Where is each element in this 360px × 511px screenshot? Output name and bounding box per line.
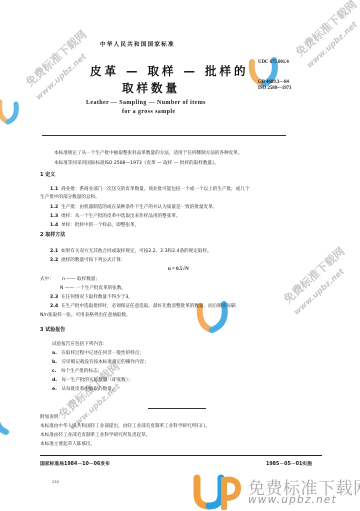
method-2-3-text: 在任何情况下取样数量不得少于3。 — [61, 295, 133, 300]
def-1-4-num: 1.4 — [50, 223, 58, 228]
notes-line1: 本标准由中华人民共和国轻工业部提出，由轻工业部毛皮制革工业科学研究所归口。 — [40, 423, 210, 430]
report-item-c-letter: c. — [52, 369, 56, 374]
method-2-1-num: 2.1 — [50, 249, 58, 254]
iso-code: ISO 2588—1973 — [258, 86, 291, 91]
report-item-d: d. 每一生产批的实际数量（即张数）； — [52, 377, 133, 384]
brand-url: www.upbz.net — [248, 494, 337, 506]
issue-date: 国家标准局1984－10－06发布 — [40, 460, 110, 467]
section2-heading: 2 取样方法 — [40, 232, 65, 239]
report-item-e: e. 从每批皮革中抽取的数量。 — [52, 386, 116, 393]
report-item-a: a. 在取样过程中记述任何非一般性的特点； — [52, 350, 144, 357]
method-2-3-num: 2.3 — [50, 295, 58, 300]
intro-line2: 本标准等同采用国际标准ISO 2588—1973《皮革 — 取样 — 批样的取样… — [54, 160, 219, 167]
title-en-line2: for a gross sample — [122, 109, 175, 115]
header-divider — [42, 135, 286, 136]
report-item-b: b. 应详细记载没有按本标准规定的操作内容； — [52, 359, 149, 366]
method-2-2-text: 批样的数量可按下列公式计算： — [61, 258, 125, 263]
def-1-1-text: 商业批：系商业部门一次送交的皮革数量。商业批可能包括一个或一个以上的生产批，或几… — [61, 187, 249, 192]
def-1-3-num: 1.3 — [50, 214, 58, 219]
notes-line3: 本标准主要起草人陈慕臣。 — [40, 441, 95, 448]
title-en-line1: Leather — Sampling — Number of items — [86, 100, 206, 106]
report-item-c-text: 每个生产批的标志； — [61, 369, 102, 374]
method-2-4: 2.4 在生产批中选取批样时，必须保证任意选取。最好先数清整批革的数量，而后顺次… — [50, 303, 236, 310]
footer-divider — [40, 455, 322, 456]
method-2-4-cont: N/n张取样一张。可用表格列出任意抽取数。 — [40, 312, 131, 319]
report-item-e-letter: e. — [52, 387, 57, 392]
sample-formula: n = 0.5√N — [168, 267, 189, 272]
effective-date: 1985－05－01实施 — [266, 460, 312, 467]
def-1-3-text: 批样：从一个生产批的皮革中选取出来作样品用的整张革。 — [61, 214, 180, 219]
watermark-logo-top-left — [0, 98, 22, 126]
gb-code: GB 4689.3—84 — [258, 80, 289, 85]
report-item-d-letter: d. — [52, 378, 57, 383]
method-2-1: 2.1 如果有关双方无其他合同或取样规定，可按2.2、2.3和2.4条的规定取样… — [50, 248, 212, 255]
brand-logo — [192, 474, 242, 510]
report-intro: 试验报告应包括下列内容： — [52, 341, 107, 348]
page-number: 230 — [52, 480, 59, 484]
national-standard-label: 中华人民共和国国家标准 — [100, 42, 175, 49]
method-2-3: 2.3 在任何情况下取样数量不得少于3。 — [50, 294, 133, 301]
def-1-3: 1.3 批样：从一个生产批的皮革中选取出来作样品用的整张革。 — [50, 213, 181, 220]
def-1-1: 1.1 商业批：系商业部门一次送交的皮革数量。商业批可能包括一个或一个以上的生产… — [50, 186, 249, 193]
def-1-1-num: 1.1 — [50, 187, 58, 192]
var-n-definition: n —— 取样数量； — [62, 276, 100, 283]
def-1-1-cont: 生产批中的部分数量的总和。 — [40, 194, 100, 201]
report-item-a-letter: a. — [52, 351, 57, 356]
def-1-4: 1.4 单样：批样中的一个样品，即整张革。 — [50, 222, 139, 229]
report-item-a-text: 在取样过程中记述任何非一般性的特点； — [61, 351, 144, 356]
notes-line2: 本标准由轻工业部毛皮制革工业科学研究所负责起草。 — [40, 432, 150, 439]
var-N-definition: N —— 一个生产批皮革的张数。 — [60, 285, 126, 292]
report-item-d-text: 每一生产批的实际数量（即张数）； — [61, 378, 132, 383]
method-2-2: 2.2 批样的数量可按下列公式计算： — [50, 257, 125, 264]
report-item-e-text: 从每批皮革中抽取的数量。 — [61, 387, 116, 392]
section3-heading: 3 试验报告 — [40, 327, 65, 334]
report-item-b-text: 应详细记载没有按本标准规定的操作内容； — [61, 360, 148, 365]
notes-heading: 附加说明： — [40, 414, 63, 421]
notes-divider — [148, 408, 206, 409]
watermark-logo-lower-left — [0, 402, 16, 436]
method-2-2-num: 2.2 — [50, 258, 58, 263]
title-cn-line1: 皮革 — 取样 — 批样的 — [90, 63, 249, 79]
method-2-4-num: 2.4 — [50, 304, 58, 309]
def-1-4-text: 单样：批样中的一个样品，即整张革。 — [61, 223, 139, 228]
def-1-2: 1.2 生产批：由机器制造的或在某种条件下生产的并认为质量是一致的批量皮革。 — [50, 204, 217, 211]
def-1-2-text: 生产批：由机器制造的或在某种条件下生产的并认为质量是一致的批量皮革。 — [61, 205, 217, 210]
title-cn-line2: 取样数量 — [122, 80, 180, 96]
report-item-c: c. 每个生产批的标志； — [52, 368, 102, 375]
method-2-4-text: 在生产批中选取批样时，必须保证任意选取。最好先数清整批革的数量，而后顺次每隔 — [61, 304, 236, 309]
intro-line1: 本标准规定了从一个生产批中抽取整张样品革数量的方法，适用于任何鞣制方法的各种皮革… — [54, 150, 242, 157]
report-item-b-letter: b. — [52, 360, 57, 365]
section1-heading: 1 定义 — [40, 172, 55, 179]
where-label: 式中： — [40, 276, 54, 283]
method-2-1-text: 如果有关双方无其他合同或取样规定，可按2.2、2.3和2.4条的规定取样。 — [61, 249, 212, 254]
def-1-2-num: 1.2 — [50, 205, 58, 210]
udc-code: UDC 675.001.4 — [258, 60, 289, 65]
